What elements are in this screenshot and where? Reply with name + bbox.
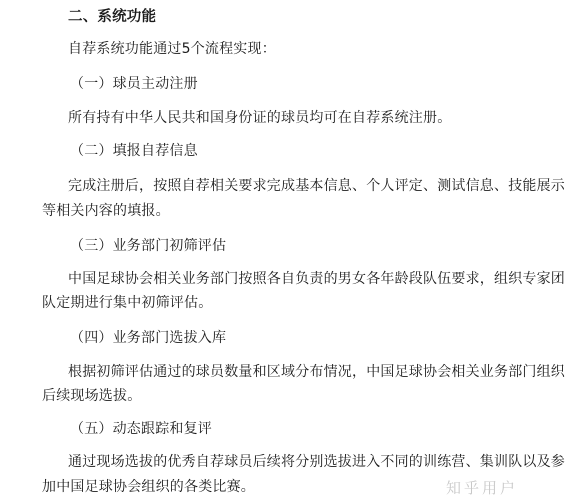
step-4-heading: （四）业务部门选拔入库 — [70, 329, 226, 347]
step-1-heading: （一）球员主动注册 — [70, 75, 198, 93]
step-2-heading: （二）填报自荐信息 — [70, 142, 198, 160]
step-3-body-line-1: 中国足球协会相关业务部门按照各自负责的男女各年龄段队伍要求，组织专家团 — [68, 270, 565, 288]
step-3-body-line-2: 队定期进行集中初筛评估。 — [42, 294, 212, 312]
step-3-heading: （三）业务部门初筛评估 — [70, 237, 226, 255]
step-5-heading: （五）动态跟踪和复评 — [70, 420, 212, 438]
step-4-body-line-2: 后续现场选拔。 — [42, 387, 141, 405]
step-1-body: 所有持有中华人民共和国身份证的球员均可在自荐系统注册。 — [68, 109, 451, 127]
section-title: 二、系统功能 — [68, 8, 156, 26]
step-2-body-line-1: 完成注册后，按照自荐相关要求完成基本信息、个人评定、测试信息、技能展示 — [68, 177, 565, 195]
step-5-body-line-2: 加中国足球协会组织的各类比赛。 — [42, 478, 255, 496]
watermark-text: 知乎用户 — [446, 477, 518, 498]
step-4-body-line-1: 根据初筛评估通过的球员数量和区域分布情况，中国足球协会相关业务部门组织 — [68, 363, 565, 381]
step-5-body-line-1: 通过现场选拔的优秀自荐球员后续将分别选拔进入不同的训练营、集训队以及参 — [68, 453, 565, 471]
step-2-body-line-2: 等相关内容的填报。 — [42, 202, 170, 220]
intro-text: 自荐系统功能通过5个流程实现： — [68, 40, 276, 58]
